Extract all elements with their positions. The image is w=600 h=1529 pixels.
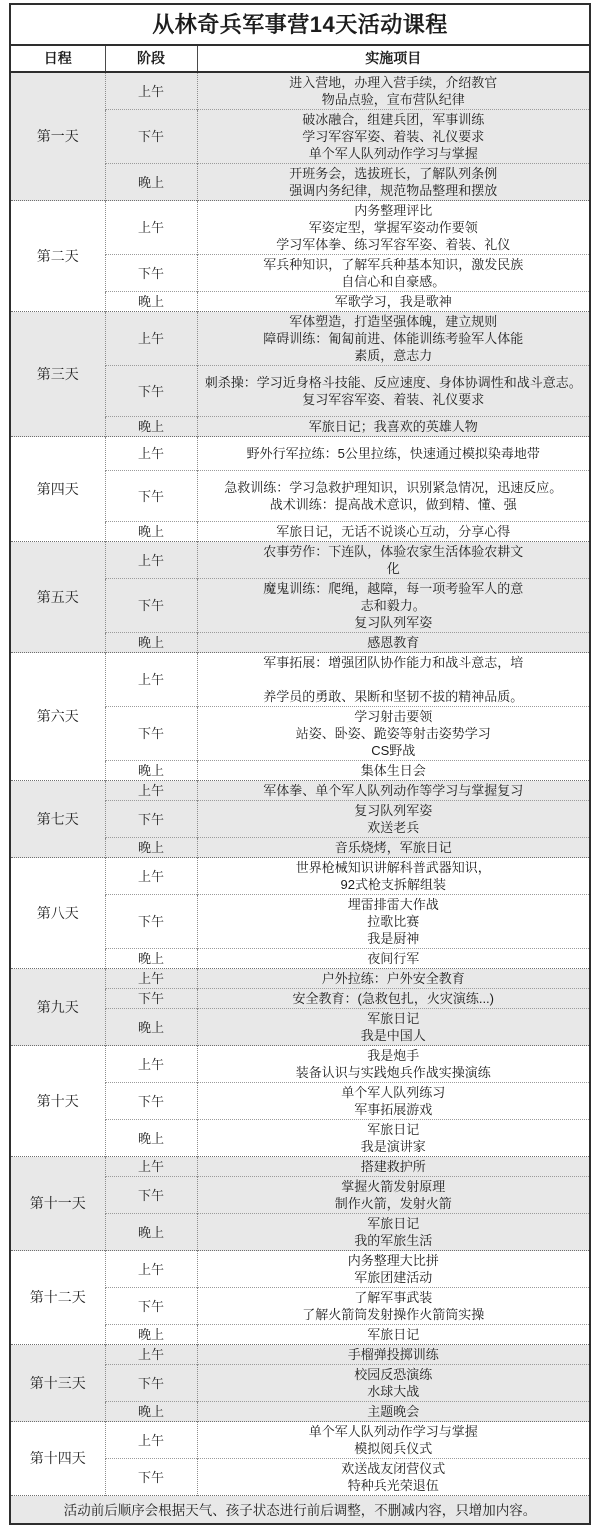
phase-cell: 晚上 xyxy=(105,1214,197,1251)
activities-cell: 集体生日会 xyxy=(197,761,590,781)
schedule-row: 第四天上午野外行军拉练：5公里拉练，快速通过模拟染毒地带 xyxy=(10,437,590,471)
day-cell: 第三天 xyxy=(10,312,105,437)
phase-cell: 下午 xyxy=(105,1365,197,1402)
activities-cell: 军兵种知识，了解军兵种基本知识，激发民族自信心和自豪感。 xyxy=(197,255,590,292)
schedule-row: 第十天上午我是炮手装备认识与实践炮兵作战实操演练 xyxy=(10,1046,590,1083)
activities-cell: 我是炮手装备认识与实践炮兵作战实操演练 xyxy=(197,1046,590,1083)
phase-cell: 下午 xyxy=(105,801,197,838)
activities-cell: 单个军人队列练习军事拓展游戏 xyxy=(197,1083,590,1120)
schedule-row: 第十三天上午手榴弹投掷训练 xyxy=(10,1345,590,1365)
phase-cell: 晚上 xyxy=(105,633,197,653)
day-cell: 第五天 xyxy=(10,542,105,653)
activities-cell: 安全教育：(急救包扎，火灾演练...) xyxy=(197,989,590,1009)
phase-cell: 下午 xyxy=(105,1459,197,1496)
schedule-row: 第九天上午户外拉练：户外安全教育 xyxy=(10,969,590,989)
schedule-row: 第六天上午军事拓展：增强团队协作能力和战斗意志，培养学员的勇敢、果断和坚韧不拔的… xyxy=(10,653,590,707)
phase-cell: 下午 xyxy=(105,707,197,761)
phase-cell: 上午 xyxy=(105,1046,197,1083)
activities-cell: 军旅日记我是演讲家 xyxy=(197,1120,590,1157)
phase-cell: 上午 xyxy=(105,781,197,801)
activities-cell: 军旅日记我是中国人 xyxy=(197,1009,590,1046)
activities-cell: 农事劳作：下连队，体验农家生活体验农耕文化 xyxy=(197,542,590,579)
phase-cell: 晚上 xyxy=(105,164,197,201)
schedule-row: 第十二天上午内务整理大比拼军旅团建活动 xyxy=(10,1251,590,1288)
phase-cell: 上午 xyxy=(105,1251,197,1288)
day-cell: 第八天 xyxy=(10,858,105,969)
schedule-row: 第八天上午世界枪械知识讲解科普武器知识，92式枪支拆解组装 xyxy=(10,858,590,895)
activities-cell: 急救训练：学习急救护理知识，识别紧急情况，迅速反应。战术训练：提高战术意识，做到… xyxy=(197,471,590,522)
title-row: 从林奇兵军事营14天活动课程 xyxy=(10,4,590,45)
phase-cell: 上午 xyxy=(105,1345,197,1365)
schedule-row: 第七天上午军体拳、单个军人队列动作等学习与掌握复习 xyxy=(10,781,590,801)
activities-cell: 内务整理大比拼军旅团建活动 xyxy=(197,1251,590,1288)
phase-cell: 晚上 xyxy=(105,522,197,542)
day-cell: 第十二天 xyxy=(10,1251,105,1345)
phase-cell: 下午 xyxy=(105,1288,197,1325)
activities-cell: 校园反恐演练水球大战 xyxy=(197,1365,590,1402)
activities-cell: 军旅日记我的军旅生活 xyxy=(197,1214,590,1251)
column-header-items: 实施项目 xyxy=(197,45,590,72)
day-cell: 第九天 xyxy=(10,969,105,1046)
day-cell: 第六天 xyxy=(10,653,105,781)
activities-cell: 学习射击要领站姿、卧姿、跪姿等射击姿势学习CS野战 xyxy=(197,707,590,761)
phase-cell: 晚上 xyxy=(105,1325,197,1345)
schedule-page: 从林奇兵军事营14天活动课程 日程 阶段 实施项目 第一天上午进入营地，办理入营… xyxy=(0,0,600,1529)
phase-cell: 上午 xyxy=(105,1422,197,1459)
column-header-day: 日程 xyxy=(10,45,105,72)
column-header-row: 日程 阶段 实施项目 xyxy=(10,45,590,72)
phase-cell: 晚上 xyxy=(105,1009,197,1046)
phase-cell: 下午 xyxy=(105,1177,197,1214)
day-cell: 第二天 xyxy=(10,201,105,312)
phase-cell: 上午 xyxy=(105,858,197,895)
activities-cell: 夜间行军 xyxy=(197,949,590,969)
phase-cell: 下午 xyxy=(105,471,197,522)
activities-cell: 军旅日记 xyxy=(197,1325,590,1345)
activities-cell: 破冰融合，组建兵团，军事训练学习军容军姿、着装、礼仪要求单个军人队列动作学习与掌… xyxy=(197,110,590,164)
phase-cell: 晚上 xyxy=(105,292,197,312)
schedule-table: 从林奇兵军事营14天活动课程 日程 阶段 实施项目 第一天上午进入营地，办理入营… xyxy=(9,3,591,1525)
activities-cell: 军体拳、单个军人队列动作等学习与掌握复习 xyxy=(197,781,590,801)
activities-cell: 魔鬼训练：爬绳，越障，每一项考验军人的意志和毅力。复习队列军姿 xyxy=(197,579,590,633)
activities-cell: 内务整理评比军姿定型，掌握军姿动作要领学习军体拳、练习军容军姿、着装、礼仪 xyxy=(197,201,590,255)
schedule-row: 第十一天上午搭建救护所 xyxy=(10,1157,590,1177)
activities-cell: 军事拓展：增强团队协作能力和战斗意志，培养学员的勇敢、果断和坚韧不拔的精神品质。 xyxy=(197,653,590,707)
activities-cell: 搭建救护所 xyxy=(197,1157,590,1177)
activities-cell: 主题晚会 xyxy=(197,1402,590,1422)
activities-cell: 军体塑造，打造坚强体魄，建立规则障碍训练：匍匐前进、体能训练考验军人体能素质，意… xyxy=(197,312,590,366)
day-cell: 第一天 xyxy=(10,72,105,201)
phase-cell: 晚上 xyxy=(105,417,197,437)
phase-cell: 晚上 xyxy=(105,949,197,969)
activities-cell: 手榴弹投掷训练 xyxy=(197,1345,590,1365)
schedule-row: 第十四天上午单个军人队列动作学习与掌握模拟阅兵仪式 xyxy=(10,1422,590,1459)
day-cell: 第四天 xyxy=(10,437,105,542)
day-cell: 第十一天 xyxy=(10,1157,105,1251)
activities-cell: 户外拉练：户外安全教育 xyxy=(197,969,590,989)
activities-cell: 了解军事武装了解火箭筒发射操作火箭筒实操 xyxy=(197,1288,590,1325)
activities-cell: 军旅日记，无话不说谈心互动，分享心得 xyxy=(197,522,590,542)
activities-cell: 世界枪械知识讲解科普武器知识，92式枪支拆解组装 xyxy=(197,858,590,895)
activities-cell: 野外行军拉练：5公里拉练，快速通过模拟染毒地带 xyxy=(197,437,590,471)
phase-cell: 下午 xyxy=(105,989,197,1009)
phase-cell: 上午 xyxy=(105,653,197,707)
phase-cell: 晚上 xyxy=(105,1402,197,1422)
phase-cell: 下午 xyxy=(105,255,197,292)
day-cell: 第十天 xyxy=(10,1046,105,1157)
phase-cell: 下午 xyxy=(105,110,197,164)
phase-cell: 晚上 xyxy=(105,761,197,781)
phase-cell: 上午 xyxy=(105,542,197,579)
activities-cell: 开班务会，选拔班长，了解队列条例强调内务纪律，规范物品整理和摆放 xyxy=(197,164,590,201)
phase-cell: 下午 xyxy=(105,895,197,949)
activities-cell: 埋雷排雷大作战拉歌比赛我是厨神 xyxy=(197,895,590,949)
activities-cell: 音乐烧烤，军旅日记 xyxy=(197,838,590,858)
schedule-row: 第五天上午农事劳作：下连队，体验农家生活体验农耕文化 xyxy=(10,542,590,579)
day-cell: 第十三天 xyxy=(10,1345,105,1422)
activities-cell: 欢送战友闭营仪式特种兵光荣退伍 xyxy=(197,1459,590,1496)
footer-note: 活动前后顺序会根据天气、孩子状态进行前后调整，不删减内容，只增加内容。 xyxy=(10,1496,590,1525)
activities-cell: 复习队列军姿欢送老兵 xyxy=(197,801,590,838)
activities-cell: 感恩教育 xyxy=(197,633,590,653)
page-title: 从林奇兵军事营14天活动课程 xyxy=(10,4,590,45)
phase-cell: 上午 xyxy=(105,201,197,255)
column-header-phase: 阶段 xyxy=(105,45,197,72)
schedule-row: 第一天上午进入营地，办理入营手续，介绍教官物品点验，宣布营队纪律 xyxy=(10,72,590,110)
activities-cell: 单个军人队列动作学习与掌握模拟阅兵仪式 xyxy=(197,1422,590,1459)
day-cell: 第十四天 xyxy=(10,1422,105,1496)
schedule-body: 第一天上午进入营地，办理入营手续，介绍教官物品点验，宣布营队纪律下午破冰融合，组… xyxy=(10,72,590,1496)
phase-cell: 晚上 xyxy=(105,838,197,858)
day-cell: 第七天 xyxy=(10,781,105,858)
phase-cell: 上午 xyxy=(105,969,197,989)
phase-cell: 下午 xyxy=(105,1083,197,1120)
phase-cell: 上午 xyxy=(105,437,197,471)
phase-cell: 上午 xyxy=(105,312,197,366)
phase-cell: 下午 xyxy=(105,579,197,633)
footer-row: 活动前后顺序会根据天气、孩子状态进行前后调整，不删减内容，只增加内容。 xyxy=(10,1496,590,1525)
activities-cell: 刺杀操：学习近身格斗技能、反应速度、身体协调性和战斗意志。复习军容军姿、着装、礼… xyxy=(197,366,590,417)
schedule-row: 第三天上午军体塑造，打造坚强体魄，建立规则障碍训练：匍匐前进、体能训练考验军人体… xyxy=(10,312,590,366)
phase-cell: 下午 xyxy=(105,366,197,417)
phase-cell: 晚上 xyxy=(105,1120,197,1157)
activities-cell: 进入营地，办理入营手续，介绍教官物品点验，宣布营队纪律 xyxy=(197,72,590,110)
activities-cell: 军旅日记；我喜欢的英雄人物 xyxy=(197,417,590,437)
phase-cell: 上午 xyxy=(105,1157,197,1177)
activities-cell: 掌握火箭发射原理制作火箭，发射火箭 xyxy=(197,1177,590,1214)
schedule-row: 第二天上午内务整理评比军姿定型，掌握军姿动作要领学习军体拳、练习军容军姿、着装、… xyxy=(10,201,590,255)
activities-cell: 军歌学习，我是歌神 xyxy=(197,292,590,312)
phase-cell: 上午 xyxy=(105,72,197,110)
